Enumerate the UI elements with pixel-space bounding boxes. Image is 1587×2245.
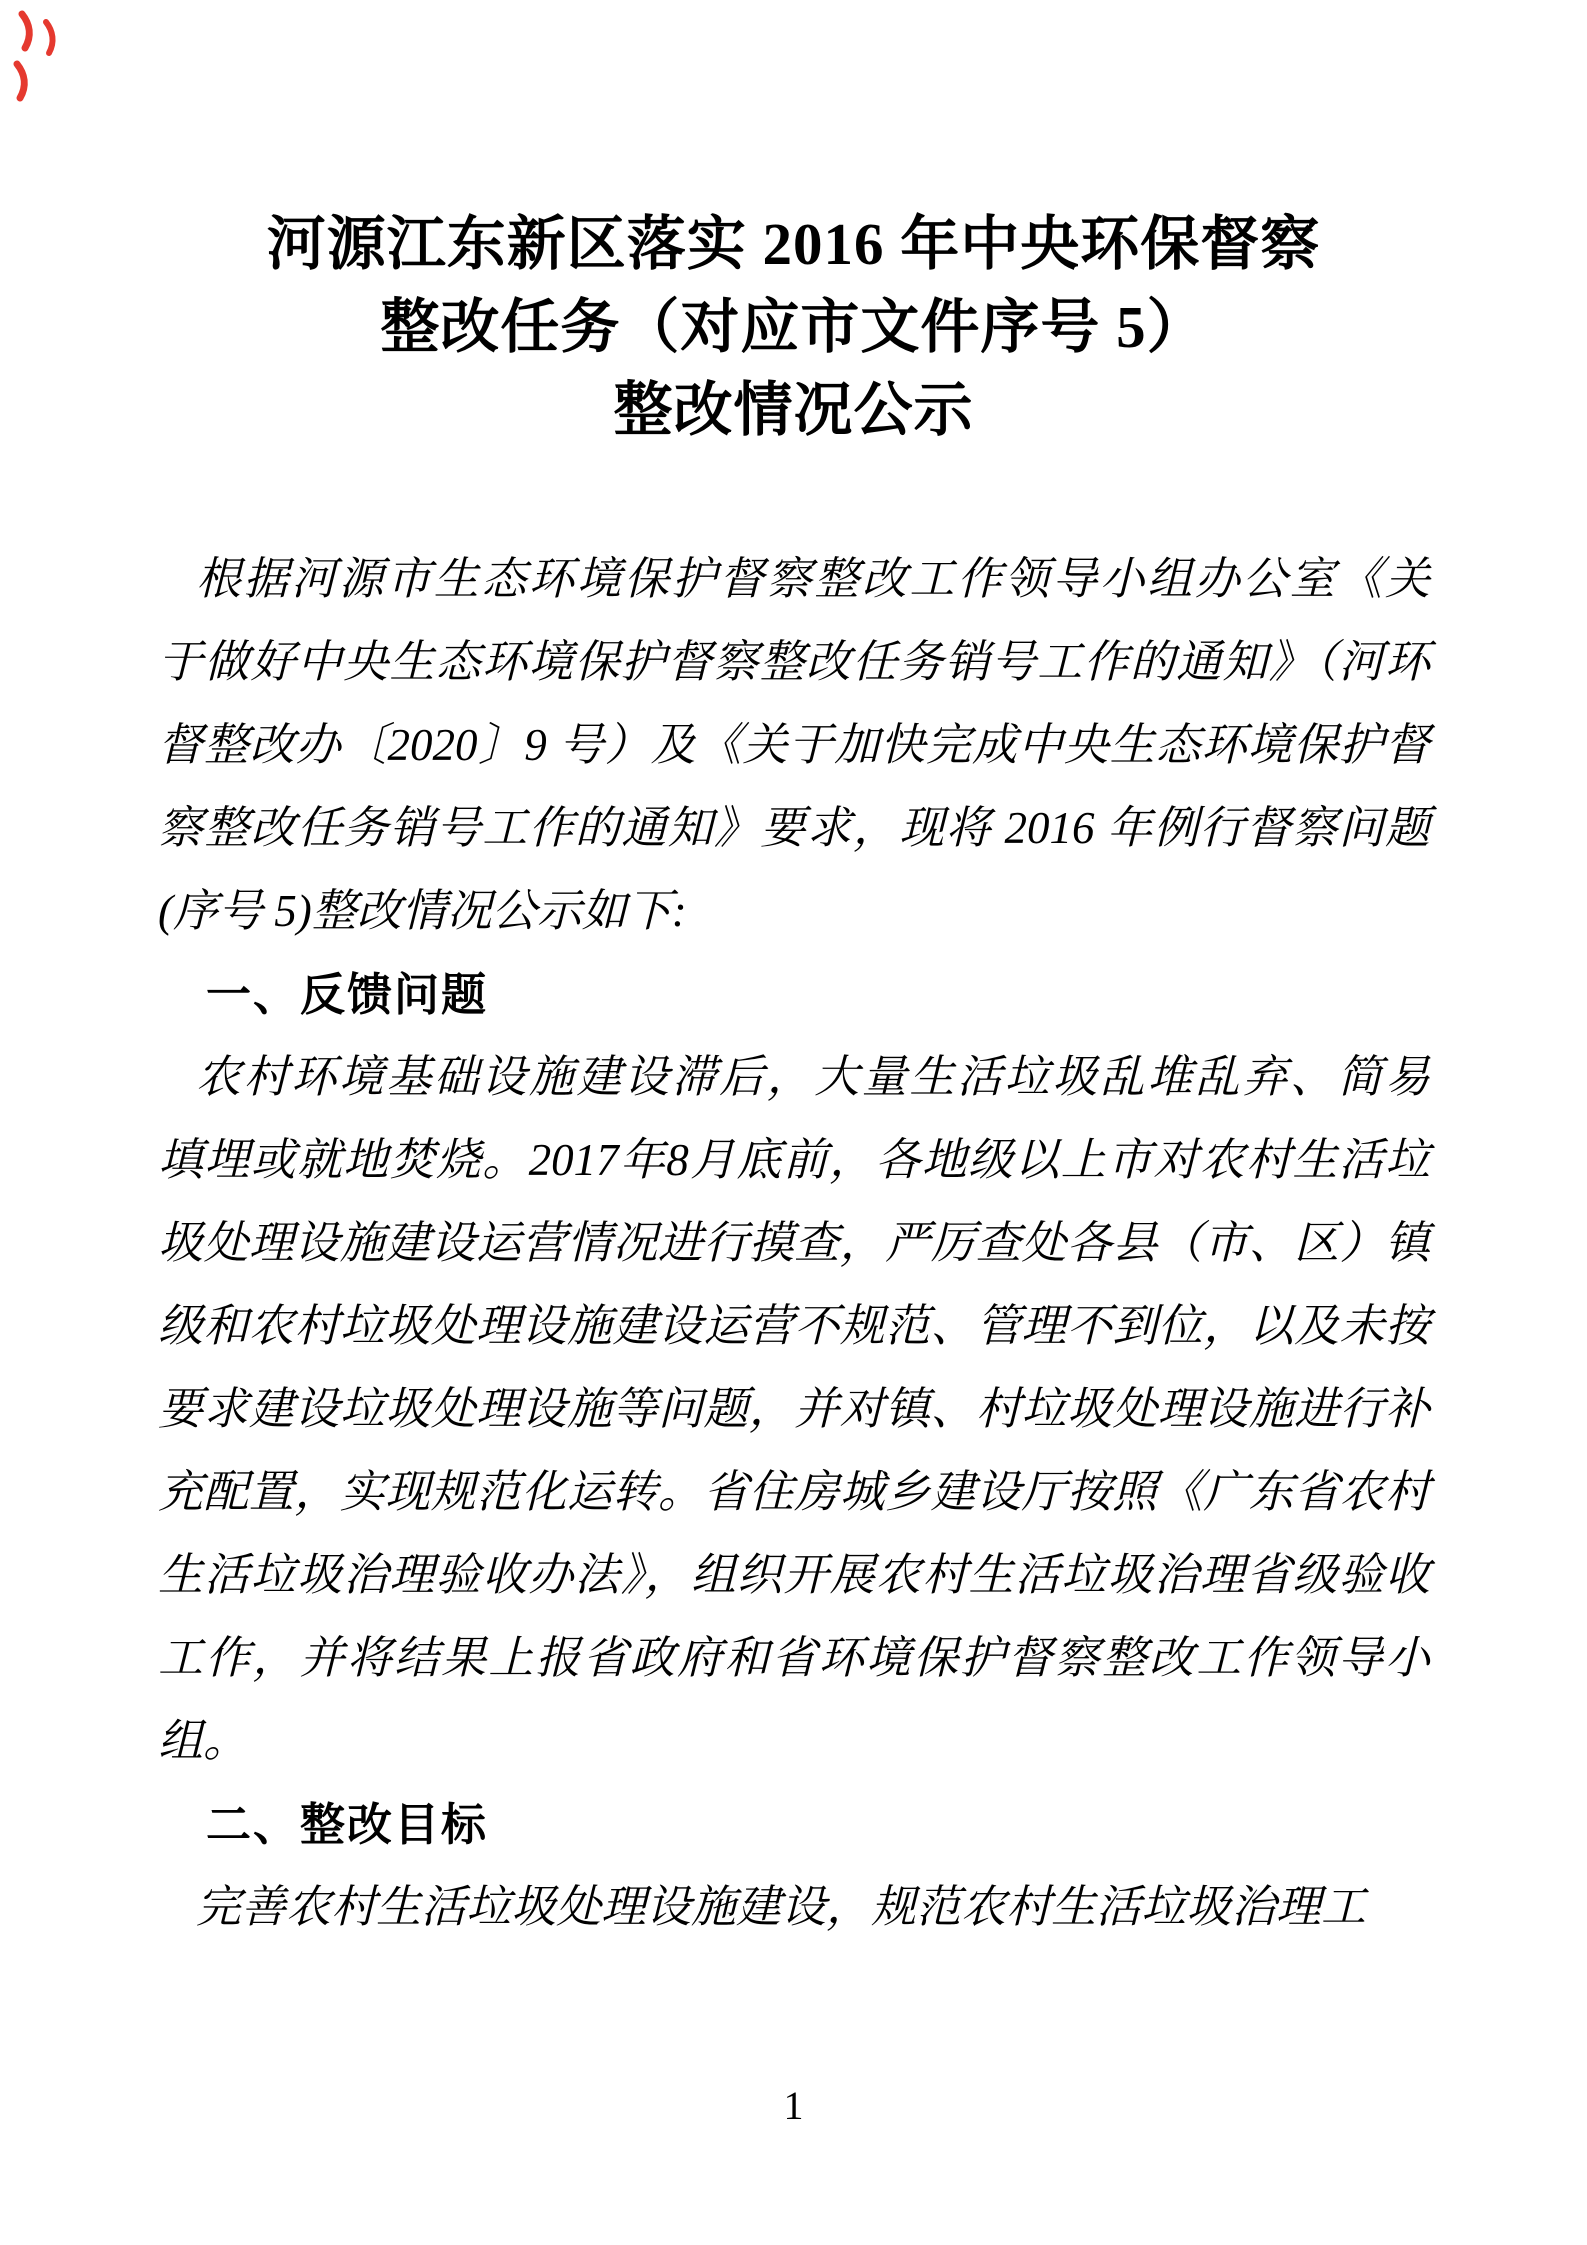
document-page: 河源江东新区落实 2016 年中央环保督察 整改任务（对应市文件序号 5） 整改… [0, 0, 1587, 2245]
text-line: 完善农村生活垃圾处理设施建设，规范农村生活垃圾治理工 [158, 1866, 1430, 1949]
text-line: 圾处理设施建设运营情况进行摸查，严厉查处各县（市、区）镇 [158, 1202, 1430, 1285]
text-line: 级和农村垃圾处理设施建设运营不规范、管理不到位，以及未按 [158, 1285, 1430, 1368]
page-number: 1 [0, 2086, 1587, 2126]
document-body: 根据河源市生态环境保护督察整改工作领导小组办公室《关于做好中央生态环境保护督察整… [158, 538, 1430, 1949]
title-line-1: 河源江东新区落实 2016 年中央环保督察 [0, 203, 1587, 286]
text-line: 工作，并将结果上报省政府和省环境保护督察整改工作领导小 [158, 1617, 1430, 1700]
red-annotation-marks-icon [6, 4, 76, 124]
section-heading-block: 二、整改目标 [158, 1783, 1430, 1866]
text-line: 督整改办〔2020〕9 号）及《关于加快完成中央生态环境保护督 [158, 704, 1430, 787]
text-line: 组。 [158, 1700, 1430, 1783]
section-heading: 一、反馈问题 [158, 953, 1430, 1036]
title-line-3: 整改情况公示 [0, 369, 1587, 452]
paragraph-block: 完善农村生活垃圾处理设施建设，规范农村生活垃圾治理工 [158, 1866, 1430, 1949]
document-title: 河源江东新区落实 2016 年中央环保督察 整改任务（对应市文件序号 5） 整改… [0, 203, 1587, 452]
section-heading: 二、整改目标 [158, 1783, 1430, 1866]
text-line: 于做好中央生态环境保护督察整改任务销号工作的通知》（河环 [158, 621, 1430, 704]
section-heading-block: 一、反馈问题 [158, 953, 1430, 1036]
text-line: (序号 5)整改情况公示如下: [158, 870, 1430, 953]
text-line: 填埋或就地焚烧。2017年8月底前，各地级以上市对农村生活垃 [158, 1119, 1430, 1202]
paragraph-block: 根据河源市生态环境保护督察整改工作领导小组办公室《关于做好中央生态环境保护督察整… [158, 538, 1430, 953]
text-line: 生活垃圾治理验收办法》，组织开展农村生活垃圾治理省级验收 [158, 1534, 1430, 1617]
text-line: 根据河源市生态环境保护督察整改工作领导小组办公室《关 [158, 538, 1430, 621]
text-line: 充配置，实现规范化运转。省住房城乡建设厅按照《广东省农村 [158, 1451, 1430, 1534]
text-line: 农村环境基础设施建设滞后，大量生活垃圾乱堆乱弃、简易 [158, 1036, 1430, 1119]
text-line: 要求建设垃圾处理设施等问题，并对镇、村垃圾处理设施进行补 [158, 1368, 1430, 1451]
paragraph-block: 农村环境基础设施建设滞后，大量生活垃圾乱堆乱弃、简易填埋或就地焚烧。2017年8… [158, 1036, 1430, 1783]
title-line-2: 整改任务（对应市文件序号 5） [0, 286, 1587, 369]
text-line: 察整改任务销号工作的通知》要求，现将 2016 年例行督察问题 [158, 787, 1430, 870]
